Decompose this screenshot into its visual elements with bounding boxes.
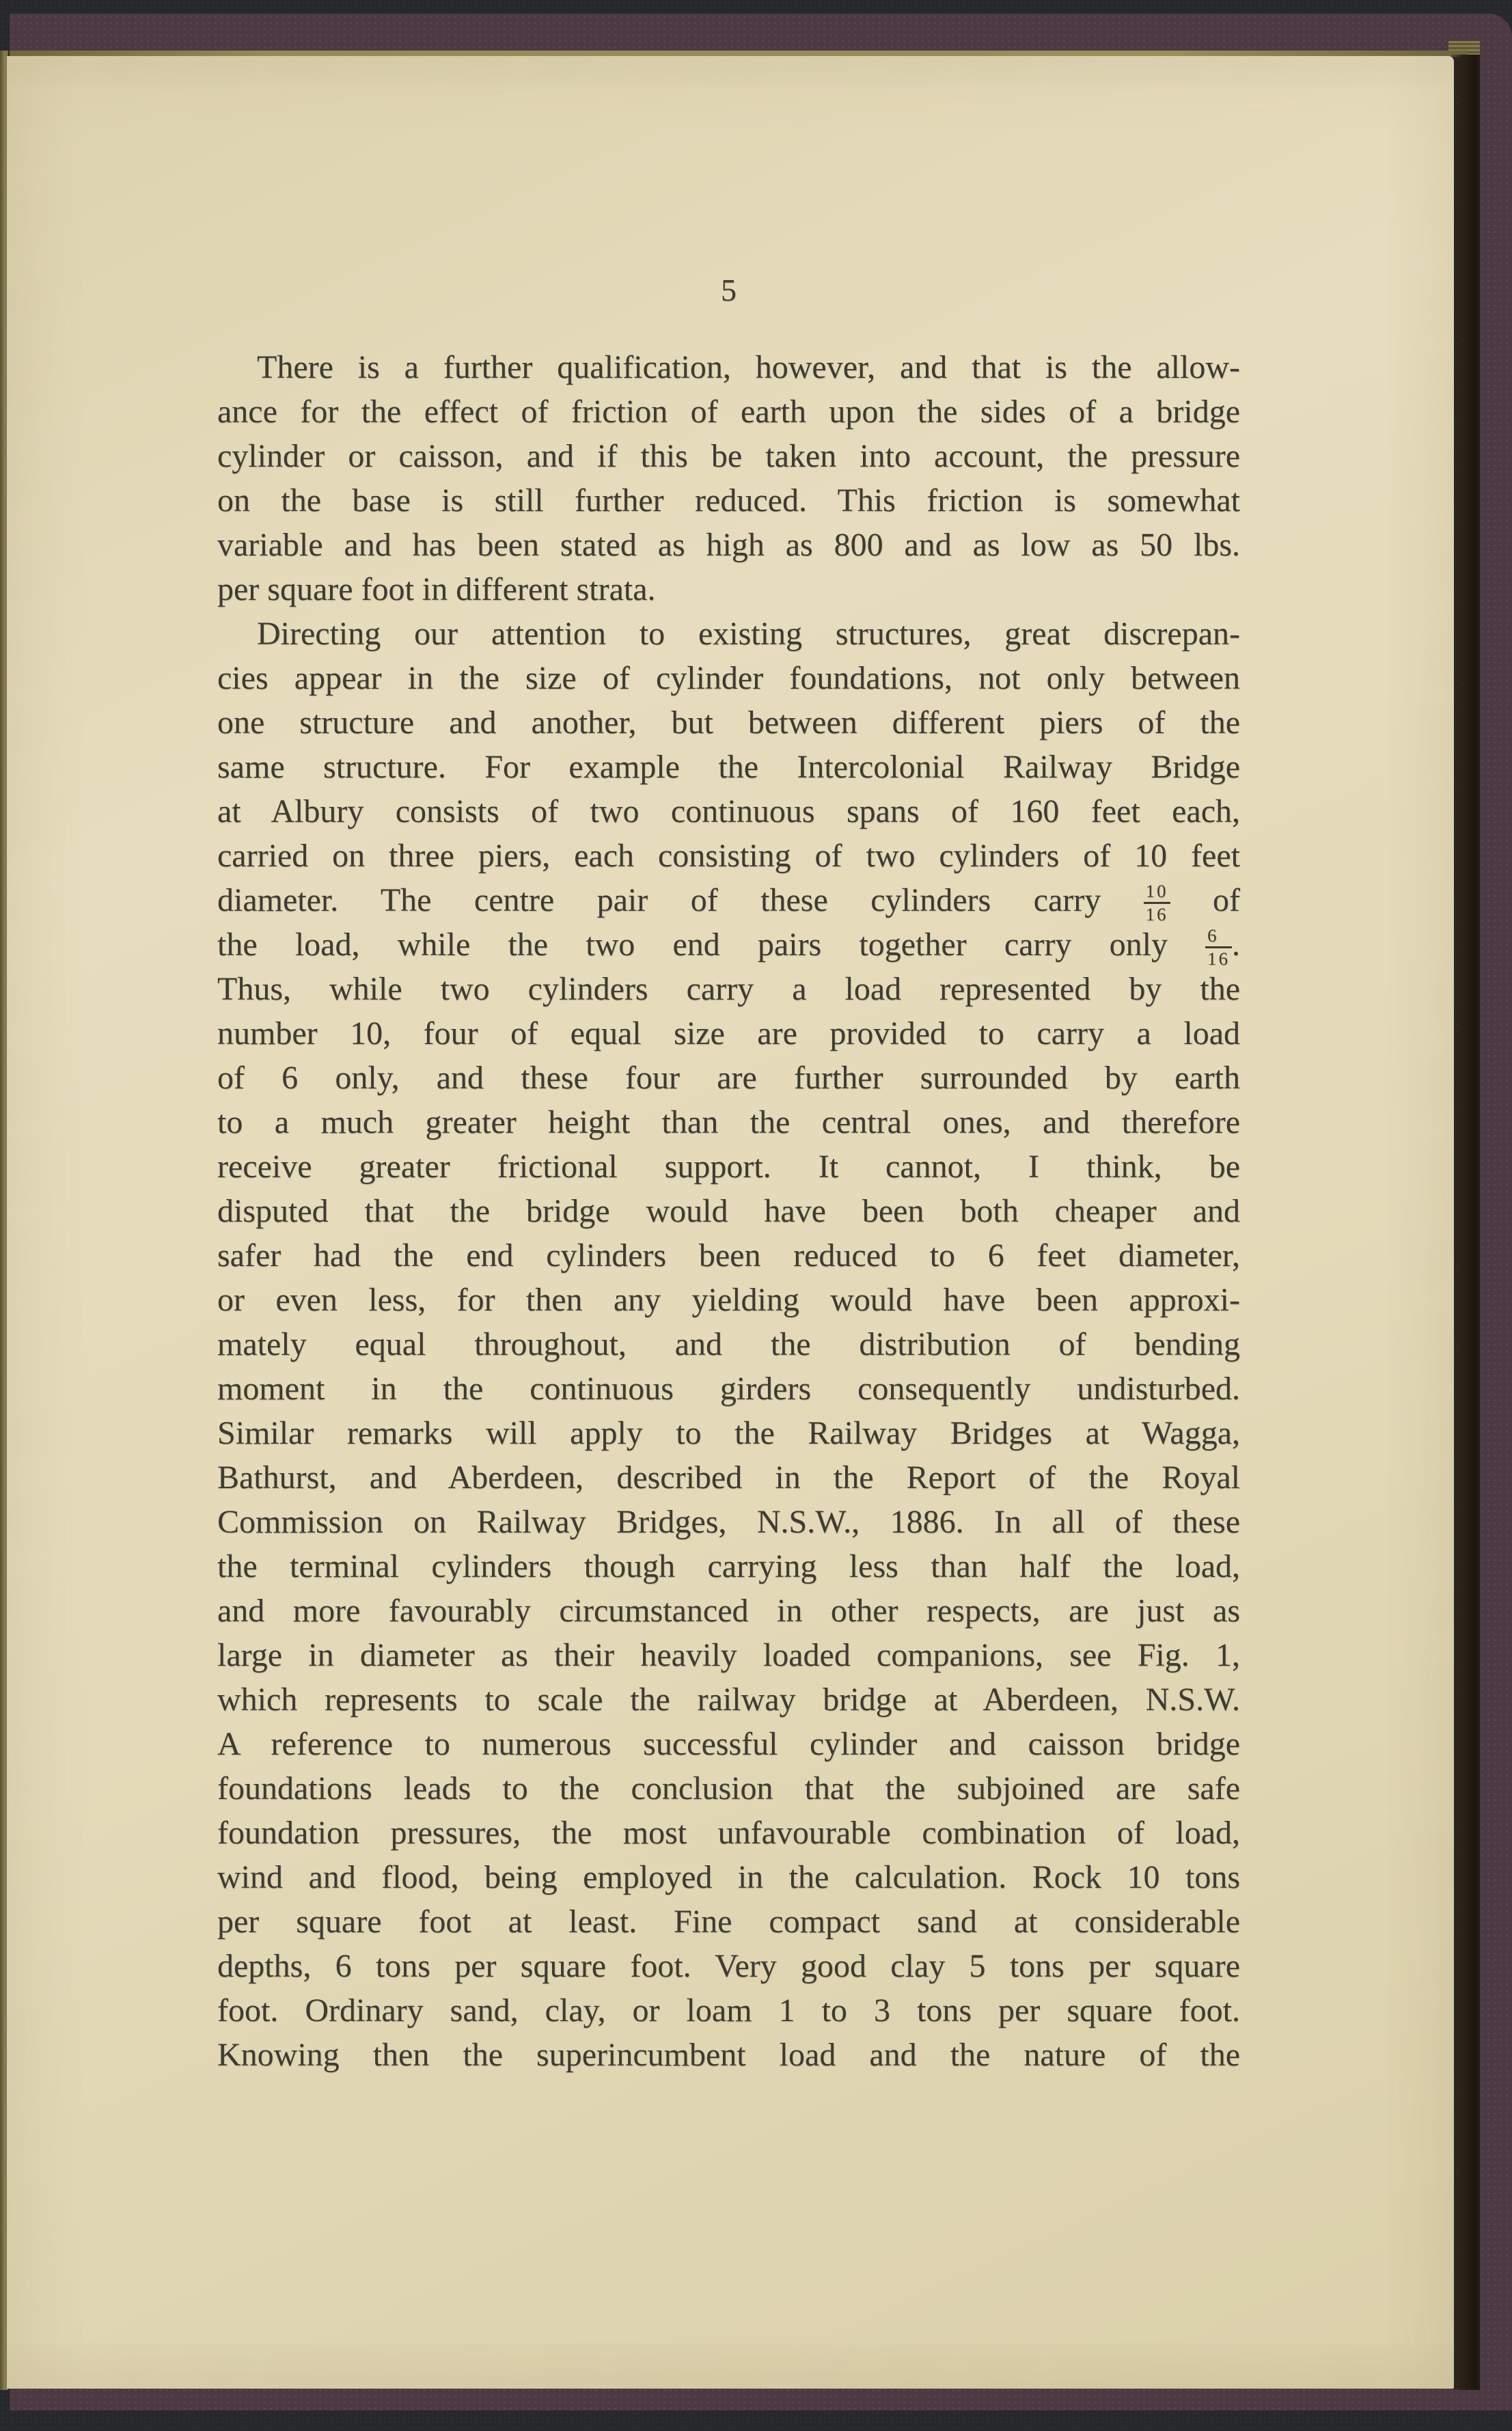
text-line: on the base is still further reduced. Th… bbox=[217, 478, 1240, 523]
text-line: one structure and another, but between d… bbox=[217, 700, 1240, 745]
text-line: at Albury consists of two continuous spa… bbox=[217, 789, 1240, 834]
text-line: Bathurst, and Aberdeen, described in the… bbox=[217, 1455, 1240, 1500]
text-line: number 10, four of equal size are provid… bbox=[217, 1011, 1240, 1056]
page-edge-top-line bbox=[10, 51, 1468, 56]
page-number: 5 bbox=[217, 272, 1240, 308]
text-line: foot. Ordinary sand, clay, or loam 1 to … bbox=[217, 1988, 1240, 2033]
text-line: diameter. The centre pair of these cylin… bbox=[217, 878, 1240, 922]
text-line: Knowing then the superincumbent load and… bbox=[217, 2033, 1240, 2077]
text-line: same structure. For example the Intercol… bbox=[217, 745, 1240, 789]
text-line: Thus, while two cylinders carry a load r… bbox=[217, 967, 1240, 1011]
text-block: There is a further qualification, howeve… bbox=[217, 345, 1240, 2077]
text-line: cylinder or caisson, and if this be take… bbox=[217, 434, 1240, 478]
text-line: A reference to numerous successful cylin… bbox=[217, 1722, 1240, 1766]
text-line: large in diameter as their heavily loade… bbox=[217, 1633, 1240, 1677]
text-line: mately equal throughout, and the distrib… bbox=[217, 1322, 1240, 1366]
text-line: which represents to scale the railway br… bbox=[217, 1677, 1240, 1722]
text-line: variable and has been stated as high as … bbox=[217, 523, 1240, 567]
text-line: per square foot in different strata. bbox=[217, 567, 1240, 612]
text-line: disputed that the bridge would have been… bbox=[217, 1189, 1240, 1233]
text-line: or even less, for then any yielding woul… bbox=[217, 1278, 1240, 1322]
text-line: Similar remarks will apply to the Railwa… bbox=[217, 1411, 1240, 1455]
text-line: safer had the end cylinders been reduced… bbox=[217, 1233, 1240, 1278]
book-scan: { "colors": { "background_charcoal": "#2… bbox=[0, 0, 1512, 2431]
text-line: the load, while the two end pairs togeth… bbox=[217, 922, 1240, 967]
fraction: 616 bbox=[1205, 927, 1232, 967]
text-line: foundation pressures, the most unfavoura… bbox=[217, 1811, 1240, 1855]
fraction: 1016 bbox=[1144, 883, 1170, 923]
text-line: ance for the effect of friction of earth… bbox=[217, 389, 1240, 434]
text-line: wind and flood, being employed in the ca… bbox=[217, 1855, 1240, 1899]
text-line: to a much greater height than the centra… bbox=[217, 1100, 1240, 1144]
text-line: and more favourably circumstanced in oth… bbox=[217, 1589, 1240, 1633]
text-line: depths, 6 tons per square foot. Very goo… bbox=[217, 1944, 1240, 1988]
text-line: There is a further qualification, howeve… bbox=[217, 345, 1240, 389]
text-line: of 6 only, and these four are further su… bbox=[217, 1056, 1240, 1100]
text-line: Commission on Railway Bridges, N.S.W., 1… bbox=[217, 1500, 1240, 1544]
text-line: moment in the continuous girders consequ… bbox=[217, 1366, 1240, 1411]
text-line: receive greater frictional support. It c… bbox=[217, 1144, 1240, 1189]
text-line: foundations leads to the conclusion that… bbox=[217, 1766, 1240, 1811]
page-stack-shadow bbox=[1451, 55, 1480, 2390]
text-line: the terminal cylinders though carrying l… bbox=[217, 1544, 1240, 1589]
text-line: carried on three piers, each consisting … bbox=[217, 834, 1240, 878]
text-line: cies appear in the size of cylinder foun… bbox=[217, 656, 1240, 700]
text-line: per square foot at least. Fine compact s… bbox=[217, 1899, 1240, 1944]
text-line: Directing our attention to existing stru… bbox=[217, 612, 1240, 656]
